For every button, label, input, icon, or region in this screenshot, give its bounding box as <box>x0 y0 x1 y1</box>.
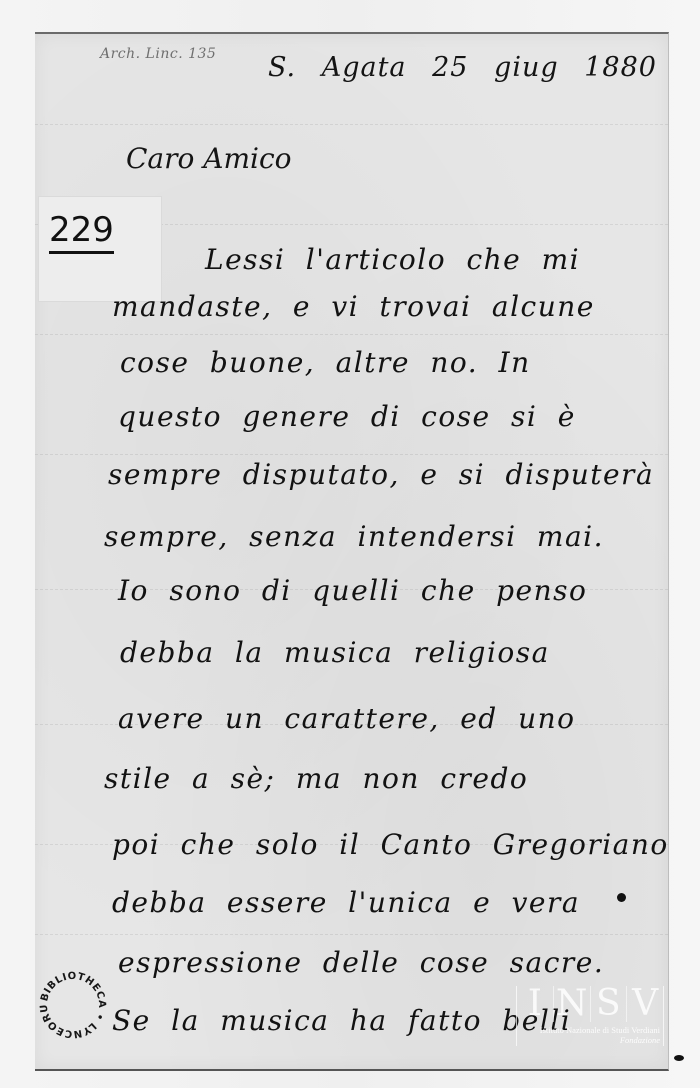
letter-line: cose buone, altre no. In <box>120 346 531 379</box>
watermark-letter: S <box>591 986 628 1022</box>
letter-line: questo genere di cose si è <box>118 400 576 433</box>
stamp-text: BIBLIOTHECA • LYNCEORUM <box>36 968 107 1039</box>
watermark-letter: V <box>627 986 663 1022</box>
letter-line: avere un carattere, ed uno <box>118 702 576 735</box>
letter-line: Se la musica ha fatto belli <box>112 1004 571 1037</box>
watermark-letter: N <box>554 986 591 1022</box>
svg-text:BIBLIOTHECA • LYNCEORUM: BIBLIOTHECA • LYNCEORUM <box>36 968 107 1039</box>
letter-line: sempre, senza intendersi mai. <box>104 520 604 553</box>
letter-line: espressione delle cose sacre. <box>118 946 604 979</box>
watermark-letter: I <box>517 986 554 1022</box>
letter-line: debba la musica religiosa <box>120 636 550 669</box>
bleed-through-line <box>35 124 668 126</box>
letter-line: Lessi l'articolo che mi <box>205 243 580 276</box>
letter-line: debba essere l'unica e vera <box>112 886 580 919</box>
bleed-through-line <box>35 934 668 936</box>
letter-line: sempre disputato, e si disputerà <box>108 458 654 491</box>
letter-line: stile a sè; ma non credo <box>104 762 528 795</box>
insv-watermark: I N S V Istituto Nazionale di Studi Verd… <box>516 986 664 1046</box>
letter-line: mandaste, e vi trovai alcune <box>112 290 595 323</box>
watermark-subtitle: Fondazione <box>517 1035 663 1045</box>
catalog-number: 229 <box>49 212 114 254</box>
watermark-letters: I N S V <box>517 986 663 1022</box>
letter-line: Io sono di quelli che penso <box>118 574 587 607</box>
letter-date: S. Agata 25 giug 1880 <box>268 52 657 83</box>
archive-reference: Arch. Linc. 135 <box>100 46 216 62</box>
watermark-institute-name: Istituto Nazionale di Studi Verdiani <box>517 1025 663 1035</box>
bleed-through-line <box>35 334 668 336</box>
library-stamp-icon: BIBLIOTHECA • LYNCEORUM <box>36 968 110 1042</box>
ink-blot <box>617 893 626 902</box>
bleed-through-line <box>35 454 668 456</box>
salutation: Caro Amico <box>126 142 292 175</box>
letter-line: poi che solo il Canto Gregoriano <box>112 828 669 861</box>
ink-blot <box>674 1055 684 1061</box>
